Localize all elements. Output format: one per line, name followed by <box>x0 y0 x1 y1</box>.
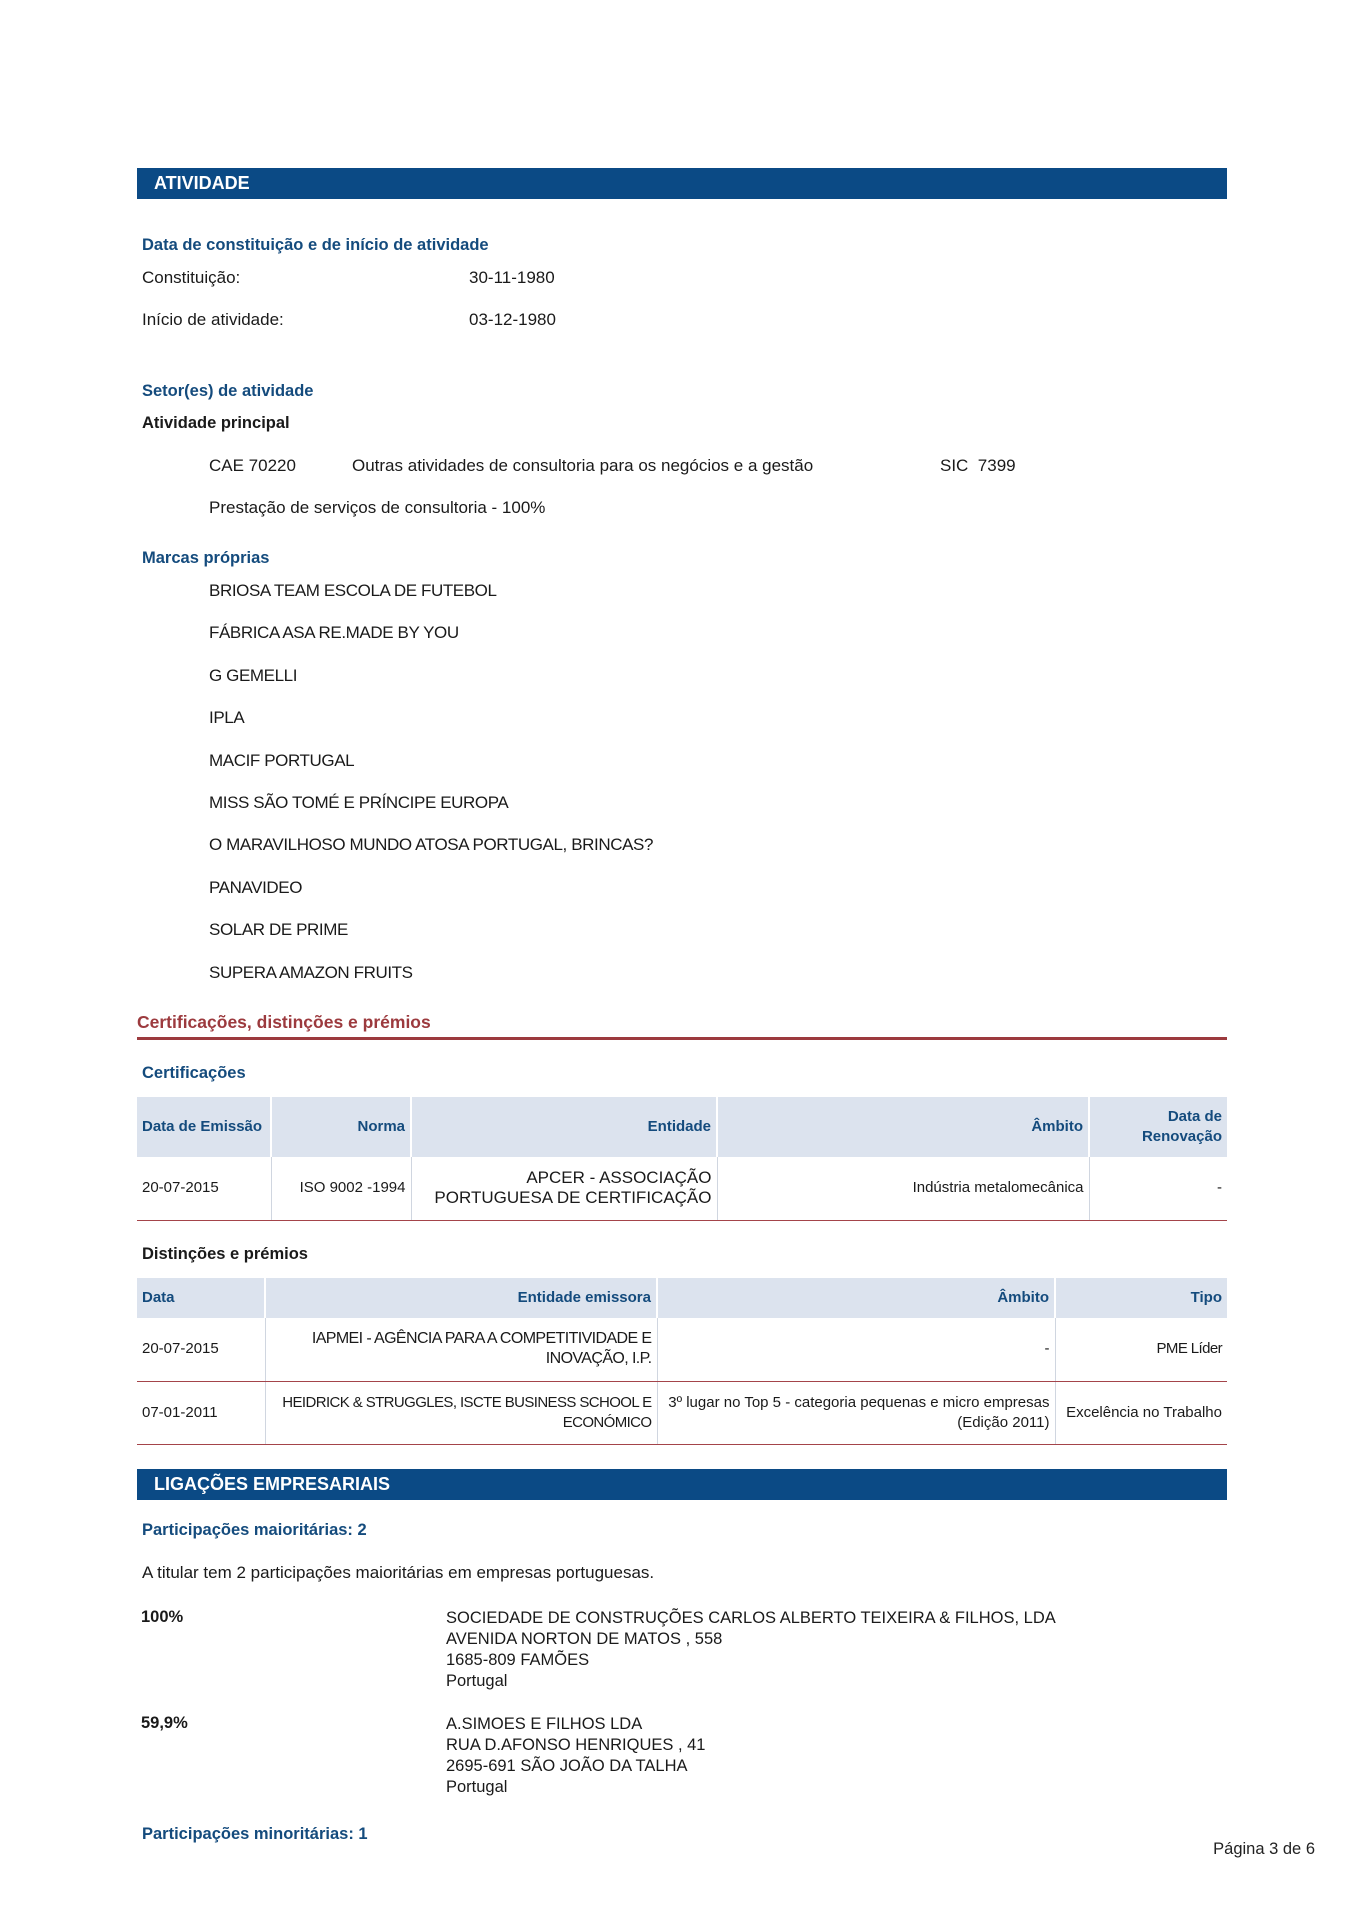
certificacoes-section-title: Certificações, distinções e prémios <box>137 1012 431 1033</box>
distincao-tipo: Excelência no Trabalho <box>1055 1381 1227 1444</box>
brand-item: O MARAVILHOSO MUNDO ATOSA PORTUGAL, BRIN… <box>209 835 653 855</box>
participacao-company: A.SIMOES E FILHOS LDA RUA D.AFONSO HENRI… <box>446 1714 705 1798</box>
participacao-company: SOCIEDADE DE CONSTRUÇÕES CARLOS ALBERTO … <box>446 1608 1056 1692</box>
certificacoes-heading: Certificações <box>142 1064 246 1083</box>
majoritarias-summary: A titular tem 2 participações maioritári… <box>142 1563 654 1583</box>
constituicao-value: 30-11-1980 <box>469 268 555 288</box>
participacao-percent: 100% <box>141 1608 183 1627</box>
company-postal: 1685-809 FAMÕES <box>446 1650 1056 1671</box>
dates-heading: Data de constituição e de início de ativ… <box>142 236 489 255</box>
company-postal: 2695-691 SÃO JOÃO DA TALHA <box>446 1756 705 1777</box>
participacao-percent: 59,9% <box>141 1714 188 1733</box>
col-data: Data <box>137 1278 265 1318</box>
col-data-emissao: Data de Emissão <box>137 1097 271 1157</box>
brand-item: SOLAR DE PRIME <box>209 920 348 940</box>
distincao-tipo: PME Líder <box>1055 1318 1227 1381</box>
brand-item: IPLA <box>209 708 244 728</box>
distincao-entidade: HEIDRICK & STRUGGLES, ISCTE BUSINESS SCH… <box>265 1381 657 1444</box>
company-address: RUA D.AFONSO HENRIQUES , 41 <box>446 1735 705 1756</box>
table-row: 20-07-2015 IAPMEI - AGÊNCIA PARA A COMPE… <box>137 1318 1227 1381</box>
marcas-heading: Marcas próprias <box>142 549 269 568</box>
sic-code: SIC 7399 <box>940 456 1016 476</box>
distincao-ambito: 3º lugar no Top 5 - categoria pequenas e… <box>657 1381 1055 1444</box>
distincoes-heading: Distinções e prémios <box>142 1245 308 1264</box>
brand-item: SUPERA AMAZON FRUITS <box>209 963 413 983</box>
col-entidade: Entidade <box>411 1097 717 1157</box>
table-row: 07-01-2011 HEIDRICK & STRUGGLES, ISCTE B… <box>137 1381 1227 1444</box>
majoritarias-heading: Participações maioritárias: 2 <box>142 1521 367 1540</box>
cae-code: CAE 70220 <box>209 456 296 476</box>
brand-item: FÁBRICA ASA RE.MADE BY YOU <box>209 623 459 643</box>
distincao-ambito: - <box>657 1318 1055 1381</box>
setores-heading: Setor(es) de atividade <box>142 382 313 401</box>
company-country: Portugal <box>446 1777 705 1798</box>
inicio-atividade-value: 03-12-1980 <box>469 310 556 330</box>
col-tipo: Tipo <box>1055 1278 1227 1318</box>
cae-description: Outras atividades de consultoria para os… <box>352 456 813 476</box>
col-data-renovacao: Data de Renovação <box>1089 1097 1227 1157</box>
report-page: ATIVIDADE Data de constituição e de iníc… <box>0 0 1357 1920</box>
distincao-entidade: IAPMEI - AGÊNCIA PARA A COMPETITIVIDADE … <box>265 1318 657 1381</box>
atividade-principal-label: Atividade principal <box>142 414 290 433</box>
section-band-ligacoes: LIGAÇÕES EMPRESARIAIS <box>137 1469 1227 1500</box>
brand-item: G GEMELLI <box>209 666 297 686</box>
company-name: A.SIMOES E FILHOS LDA <box>446 1714 705 1735</box>
cert-entidade: APCER - ASSOCIAÇÃO PORTUGUESA DE CERTIFI… <box>411 1157 717 1220</box>
section-divider <box>137 1037 1227 1040</box>
section-band-atividade: ATIVIDADE <box>137 168 1227 199</box>
company-country: Portugal <box>446 1671 1056 1692</box>
cert-date: 20-07-2015 <box>137 1157 271 1220</box>
company-name: SOCIEDADE DE CONSTRUÇÕES CARLOS ALBERTO … <box>446 1608 1056 1629</box>
minoritarias-heading: Participações minoritárias: 1 <box>142 1825 368 1844</box>
certificacoes-table: Data de Emissão Norma Entidade Âmbito Da… <box>137 1097 1227 1221</box>
brand-item: MACIF PORTUGAL <box>209 751 354 771</box>
brand-item: MISS SÃO TOMÉ E PRÍNCIPE EUROPA <box>209 793 508 813</box>
distincao-date: 20-07-2015 <box>137 1318 265 1381</box>
cert-ambito: Indústria metalomecânica <box>717 1157 1089 1220</box>
brand-item: PANAVIDEO <box>209 878 302 898</box>
page-number: Página 3 de 6 <box>1213 1840 1315 1859</box>
distincoes-table: Data Entidade emissora Âmbito Tipo 20-07… <box>137 1278 1227 1445</box>
inicio-atividade-label: Início de atividade: <box>142 310 284 330</box>
distincao-date: 07-01-2011 <box>137 1381 265 1444</box>
table-row: 20-07-2015 ISO 9002 -1994 APCER - ASSOCI… <box>137 1157 1227 1220</box>
col-norma: Norma <box>271 1097 411 1157</box>
cert-norma: ISO 9002 -1994 <box>271 1157 411 1220</box>
col-entidade-emissora: Entidade emissora <box>265 1278 657 1318</box>
constituicao-label: Constituição: <box>142 268 240 288</box>
col-ambito: Âmbito <box>657 1278 1055 1318</box>
cert-renovacao: - <box>1089 1157 1227 1220</box>
brand-item: BRIOSA TEAM ESCOLA DE FUTEBOL <box>209 581 497 601</box>
service-description: Prestação de serviços de consultoria - 1… <box>209 498 545 518</box>
company-address: AVENIDA NORTON DE MATOS , 558 <box>446 1629 1056 1650</box>
col-ambito: Âmbito <box>717 1097 1089 1157</box>
